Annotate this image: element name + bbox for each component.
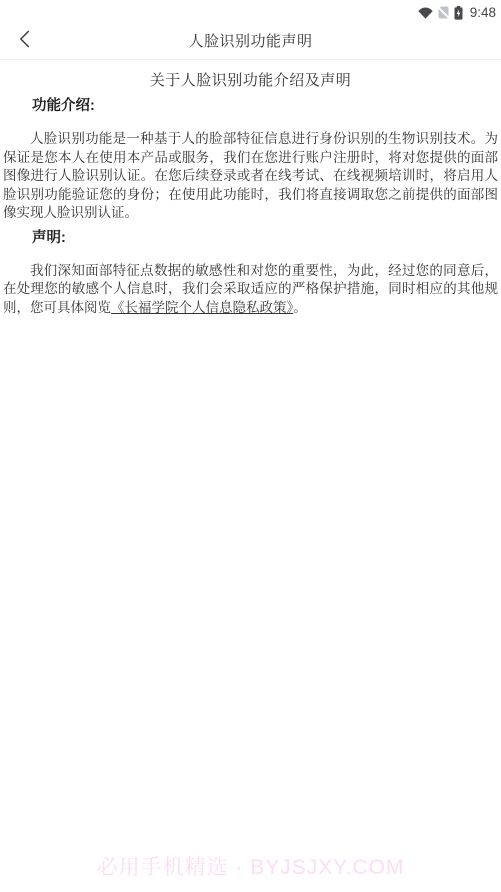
battery-charging-icon [454,6,463,20]
chevron-left-icon [19,30,30,51]
no-sim-icon [438,6,449,19]
section-heading-statement: 声明: [3,229,498,248]
page-title: 人脸识别功能声明 [188,30,312,51]
section-heading-intro: 功能介绍: [3,97,498,116]
document-body: 关于人脸识别功能介绍及声明 功能介绍: 人脸识别功能是一种基于人的脸部特征信息进… [0,71,501,317]
wifi-icon [418,7,433,19]
watermark-text: 必用手机精选 · BYJSJXY.COM [0,851,501,881]
doc-title: 关于人脸识别功能介绍及声明 [3,71,498,91]
intro-paragraph: 人脸识别功能是一种基于人的脸部特征信息进行身份识别的生物识别技术。为保证是您本人… [3,130,498,223]
statement-paragraph: 我们深知面部特征点数据的敏感性和对您的重要性，为此，经过您的同意后，在处理您的敏… [3,262,498,318]
status-bar: 9:48 [0,0,501,22]
nav-bar: 人脸识别功能声明 [0,22,501,60]
status-time: 9:48 [470,6,496,20]
back-button[interactable] [8,22,40,59]
statement-text-after-link: 。 [293,300,307,315]
app-screen: 9:48 人脸识别功能声明 关于人脸识别功能介绍及声明 功能介绍: 人脸识别功能… [0,0,501,892]
privacy-policy-link[interactable]: 《长福学院个人信息隐私政策》 [111,300,293,315]
